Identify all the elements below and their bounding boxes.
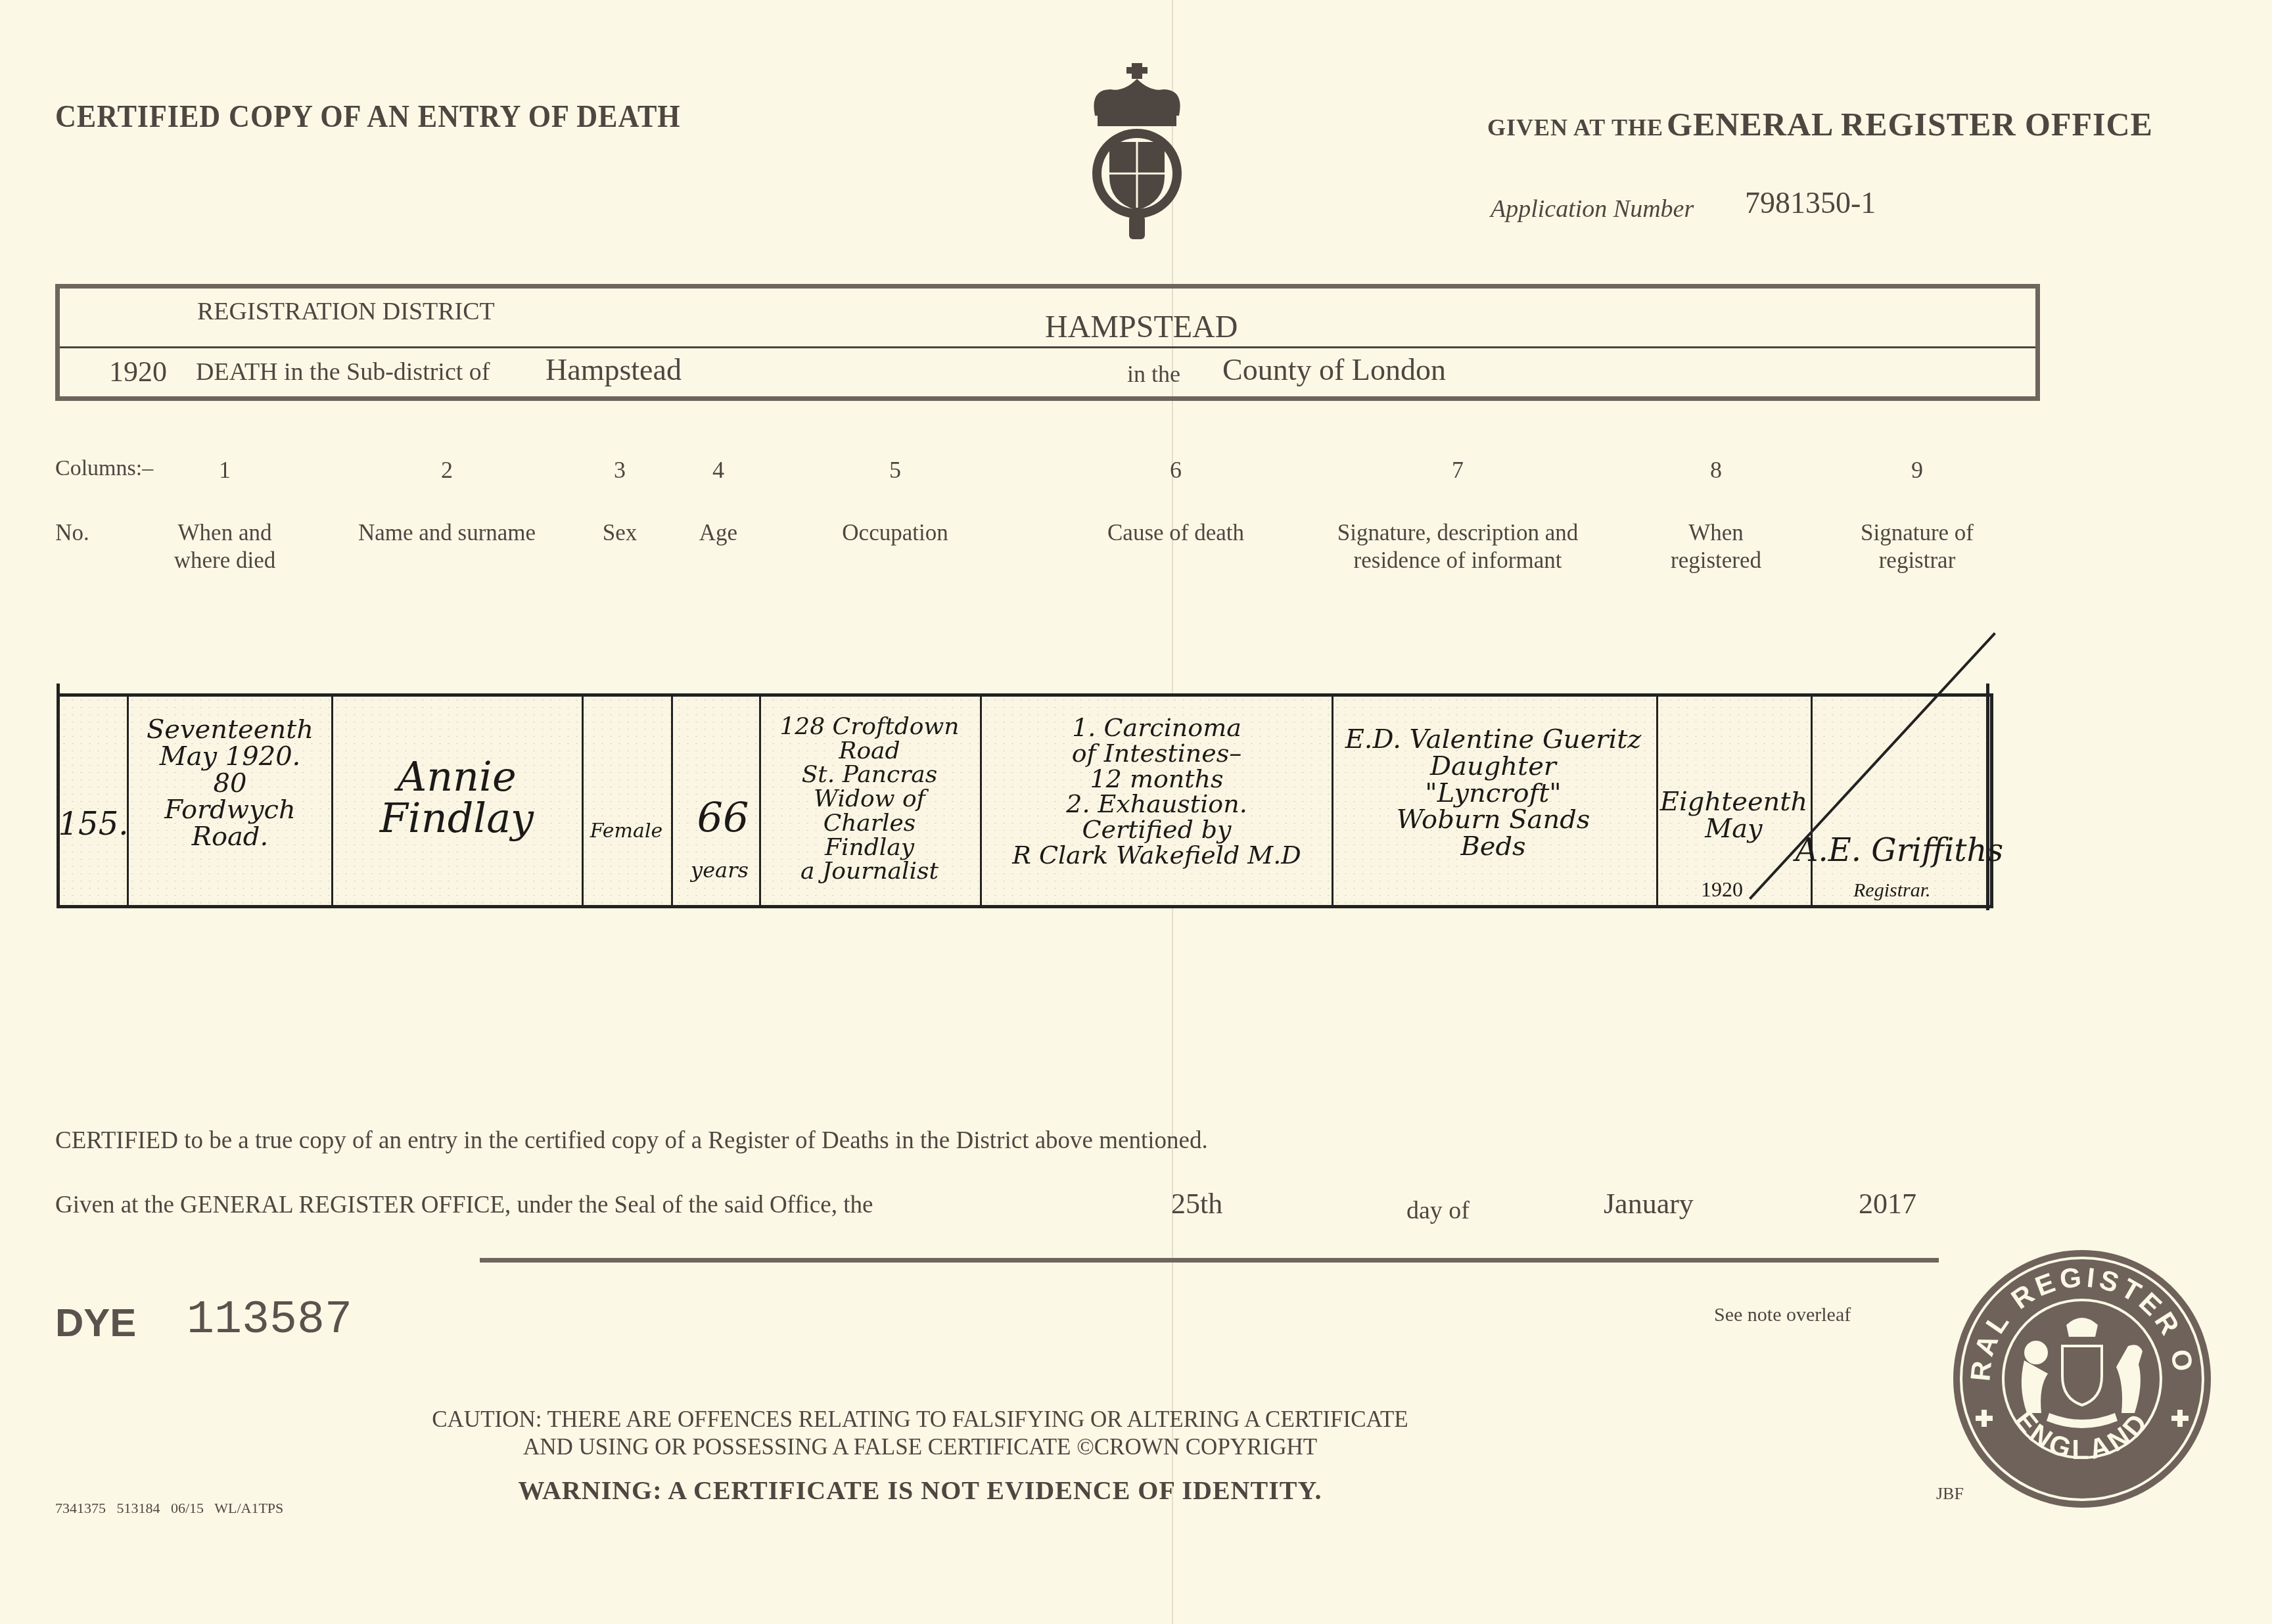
column-header-age: Age: [699, 519, 737, 547]
column-number: 3: [614, 456, 626, 484]
serial-prefix: DYE: [55, 1300, 136, 1345]
county-label: in the: [1127, 360, 1180, 388]
column-divider: [582, 695, 584, 907]
royal-crest-icon: [1071, 60, 1203, 244]
caution-line-1: CAUTION: THERE ARE OFFENCES RELATING TO …: [432, 1406, 1408, 1433]
entry-when-where-died: Seventeenth May 1920. 80 Fordwych Road.: [147, 716, 313, 850]
entry-when-registered: Eighteenth May: [1660, 789, 1807, 843]
issue-year: 2017: [1859, 1187, 1916, 1220]
signature-rule: [480, 1258, 1939, 1263]
entry-age-unit: years: [691, 860, 749, 881]
general-register-office-seal-icon: GENERAL REGISTER OFFICE ENGLAND: [1951, 1247, 2214, 1510]
column-divider: [1656, 695, 1658, 907]
register-border: [1986, 684, 1989, 910]
column-number: 5: [889, 456, 901, 484]
entry-number: 155.: [58, 808, 129, 841]
county-value: County of London: [1222, 352, 1446, 387]
office-name: GENERAL REGISTER OFFICE: [1667, 106, 2153, 143]
box-divider: [60, 346, 2035, 348]
serial-number: 113587: [187, 1295, 352, 1347]
application-number: 7981350-1: [1745, 185, 1876, 220]
column-divider: [1811, 695, 1813, 907]
entry-registered-year: 1920: [1701, 877, 1743, 902]
entry-occupation: 128 Croftdown Road St. Pancras Widow of …: [779, 715, 959, 884]
see-note-overleaf: See note overleaf: [1714, 1304, 1851, 1326]
column-header-when-registered: When registered: [1671, 519, 1761, 574]
column-header-cause: Cause of death: [1107, 519, 1244, 547]
given-at-label: GIVEN AT THE: [1487, 114, 1663, 141]
identity-warning: WARNING: A CERTIFICATE IS NOT EVIDENCE O…: [518, 1475, 1322, 1506]
column-header-registrar: Signature of registrar: [1861, 519, 1974, 574]
column-header-name: Name and surname: [358, 519, 536, 547]
given-statement: Given at the GENERAL REGISTER OFFICE, un…: [55, 1191, 873, 1219]
subdistrict-label: DEATH in the Sub-district of: [196, 358, 490, 386]
issuing-office: GIVEN AT THE GENERAL REGISTER OFFICE: [1487, 105, 2153, 143]
column-divider: [1332, 695, 1333, 907]
column-number: 1: [219, 456, 231, 484]
registration-year: 1920: [109, 355, 167, 388]
column-number: 7: [1452, 456, 1464, 484]
registration-district-value: HAMPSTEAD: [1045, 309, 1238, 345]
registrar-signature: A.E. Griffiths: [1796, 835, 2003, 867]
issue-day: 25th: [1171, 1187, 1222, 1220]
column-header-occupation: Occupation: [842, 519, 948, 547]
caution-line-2: AND USING OR POSSESSING A FALSE CERTIFIC…: [523, 1434, 1317, 1460]
column-header-sex: Sex: [603, 519, 638, 547]
column-divider: [980, 695, 982, 907]
entry-informant: E.D. Valentine Gueritz Daughter "Lyncrof…: [1345, 726, 1642, 860]
column-number: 6: [1170, 456, 1182, 484]
print-code: 7341375 513184 06/15 WL/A1TPS: [55, 1500, 283, 1517]
document-title: CERTIFIED COPY OF AN ENTRY OF DEATH: [55, 99, 681, 135]
registration-district-label: REGISTRATION DISTRICT: [197, 297, 495, 326]
column-divider: [759, 695, 761, 907]
entry-cause-of-death: 1. Carcinoma of Intestines– 12 months 2.…: [1012, 715, 1301, 868]
subdistrict-value: Hampstead: [545, 352, 682, 387]
column-number: 4: [712, 456, 724, 484]
columns-label: Columns:–: [55, 456, 153, 481]
column-header-when-where: When and where died: [174, 519, 276, 574]
application-number-label: Application Number: [1491, 195, 1694, 223]
issue-month: January: [1604, 1187, 1694, 1220]
entry-sex: Female: [590, 822, 663, 842]
column-number: 9: [1911, 456, 1923, 484]
column-header-no: No.: [55, 519, 89, 547]
column-header-informant: Signature, description and residence of …: [1337, 519, 1578, 574]
column-number: 8: [1710, 456, 1722, 484]
certification-statement: CERTIFIED to be a true copy of an entry …: [55, 1126, 1208, 1155]
column-divider: [331, 695, 333, 907]
entry-name: Annie Findlay: [380, 756, 534, 839]
entry-age: 66: [697, 797, 749, 838]
day-of-label: day of: [1406, 1196, 1470, 1225]
registrar-label: Registrar.: [1853, 879, 1931, 902]
column-divider: [671, 695, 673, 907]
column-number: 2: [441, 456, 453, 484]
column-divider: [127, 695, 129, 907]
